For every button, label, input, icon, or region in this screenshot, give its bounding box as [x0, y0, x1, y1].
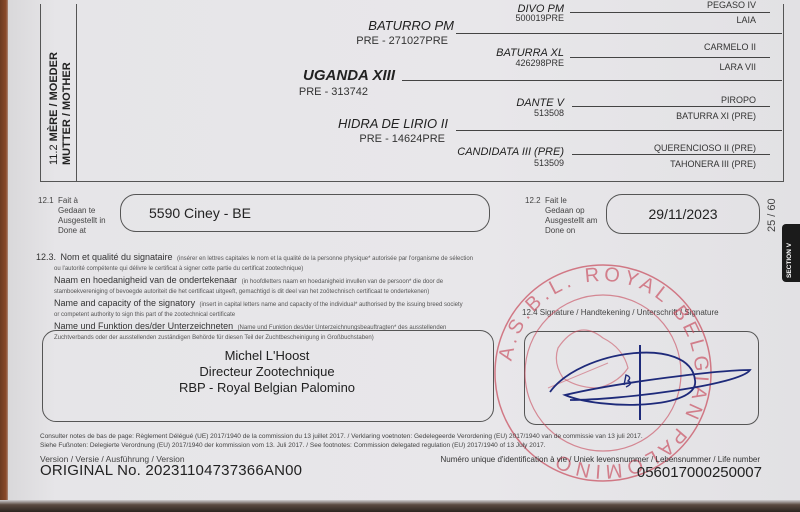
- gggp-name: QUERENCIOSO II (PRE): [654, 143, 756, 153]
- gggp-name: LAIA: [736, 15, 756, 25]
- ggp-reg: 426298PRE: [515, 58, 564, 68]
- footnotes: Consulter notes de bas de page: Règlemen…: [40, 432, 643, 450]
- date-labels: Fait le Gedaan op Ausgestellt am Done on: [545, 196, 597, 236]
- pedigree-line: [456, 33, 782, 34]
- pedigree-line: [456, 130, 782, 131]
- life-number-label: Numéro unique d'identification à vie / U…: [441, 455, 760, 464]
- gggp-name: PEGASO IV: [707, 0, 756, 10]
- dam-name: UGANDA XIII: [303, 67, 395, 84]
- pedigree-line: [402, 80, 782, 81]
- gggp-name: PIROPO: [721, 95, 756, 105]
- life-number-value: 056017000250007: [637, 464, 762, 481]
- ggp-reg: 513508: [534, 108, 564, 118]
- gggp-name: BATURRA XI (PRE): [676, 111, 756, 121]
- page-number: 25 / 60: [766, 198, 778, 232]
- gggp-name: CARMELO II: [704, 42, 756, 52]
- ggp-reg: 513509: [534, 158, 564, 168]
- dam-reg: PRE - 313742: [299, 86, 368, 98]
- signature-field[interactable]: [524, 331, 759, 425]
- place-field[interactable]: 5590 Ciney - BE: [120, 194, 490, 232]
- page-bottom-edge: [0, 500, 800, 512]
- signatory-organisation: RBP - Royal Belgian Palomino: [42, 380, 492, 396]
- mother-section-label: 11.2 MÈRE / MOEDER MUTTER / MOTHER: [48, 52, 74, 165]
- place-labels: Fait à Gedaan te Ausgestellt in Done at: [58, 196, 106, 236]
- dam-sire-name: BATURRO PM: [368, 18, 454, 33]
- ggp-reg: 500019PRE: [515, 13, 564, 23]
- dam-sire-reg: PRE - 271027PRE: [356, 35, 448, 47]
- ggp-name: CANDIDATA III (PRE): [457, 146, 564, 158]
- date-field[interactable]: 29/11/2023: [606, 194, 760, 234]
- signatory-details: Michel L'Hoost Directeur Zootechnique RB…: [42, 348, 492, 396]
- gggp-name: LARA VII: [719, 62, 756, 72]
- signatory-title: Directeur Zootechnique: [42, 364, 492, 380]
- dam-dam-name: HIDRA DE LIRIO II: [338, 116, 448, 131]
- gggp-name: TAHONERA III (PRE): [670, 159, 756, 169]
- pedigree-line: [572, 106, 770, 107]
- dam-dam-reg: PRE - 14624PRE: [359, 133, 445, 145]
- signature-label: 12.4 Signature / Handtekening / Untersch…: [522, 308, 719, 318]
- place-num: 12.1: [38, 196, 54, 206]
- pedigree-line: [570, 57, 770, 58]
- pedigree-line: [572, 154, 770, 155]
- version-value: ORIGINAL No. 20231104737366AN00: [40, 462, 302, 479]
- signatory-name: Michel L'Hoost: [42, 348, 492, 364]
- date-num: 12.2: [525, 196, 541, 206]
- pedigree-line: [570, 12, 770, 13]
- section-tab[interactable]: SECTION V: [782, 224, 800, 282]
